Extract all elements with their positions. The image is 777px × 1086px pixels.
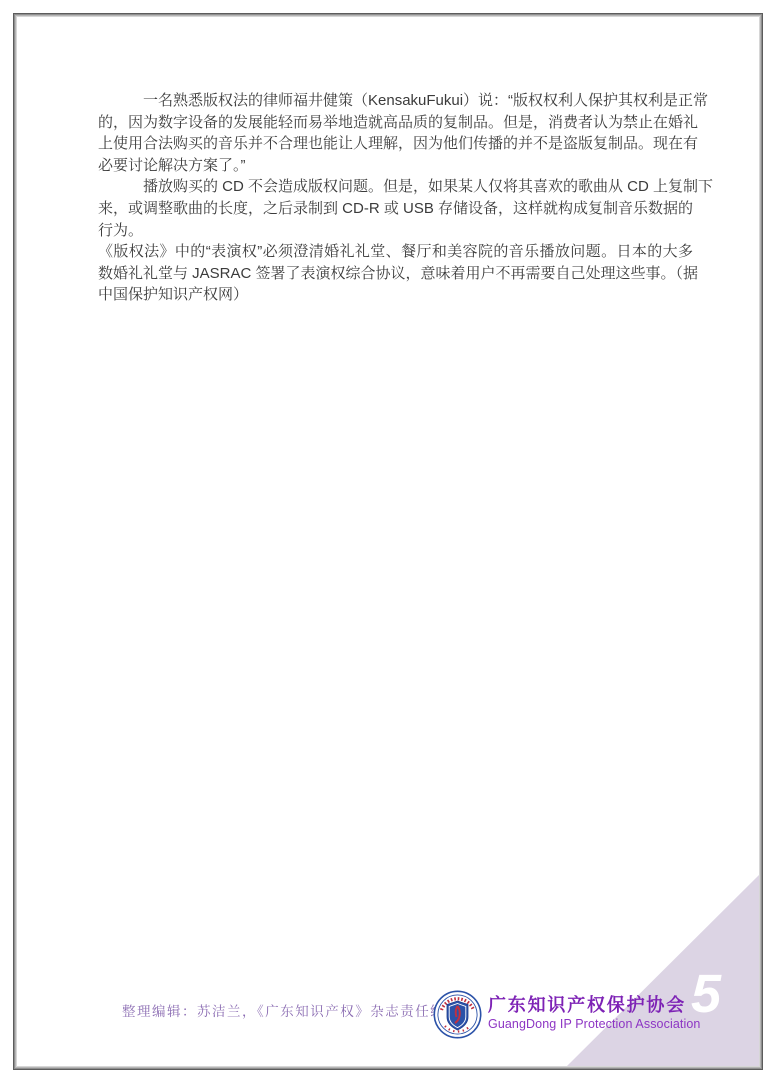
- article-line: 的，因为数字设备的发展能轻而易举地造就高品质的复制品。但是，消费者认为禁止在婚礼: [98, 112, 693, 134]
- association-name-zh: 广东知识产权保护协会: [488, 993, 700, 1017]
- article-line: 《版权法》中的“表演权”必须澄清婚礼礼堂、餐厅和美容院的音乐播放问题。日本的大多: [98, 241, 693, 263]
- article-body: 一名熟悉版权法的律师福井健策（KensakuFukui）说：“版权权利人保护其权…: [98, 90, 693, 306]
- article-paragraph: 播放购买的 CD 不会造成版权问题。但是，如果某人仅将其喜欢的歌曲从 CD 上复…: [98, 176, 693, 241]
- article-line: 数婚礼礼堂与 JASRAC 签署了表演权综合协议，意味着用户不再需要自己处理这些…: [98, 263, 693, 285]
- article-line: 中国保护知识产权网）: [98, 284, 693, 306]
- editor-note: 整理编辑：苏洁兰，《广东知识产权》杂志责任编辑。: [122, 1000, 475, 1020]
- article-line: 必要讨论解决方案了。”: [98, 155, 693, 177]
- association-brand: 广东知识产权保护协会 GuangDong IP Protection Assoc…: [433, 990, 700, 1039]
- article-line: 一名熟悉版权法的律师福井健策（KensakuFukui）说：“版权权利人保护其权…: [98, 90, 693, 112]
- association-names: 广东知识产权保护协会 GuangDong IP Protection Assoc…: [488, 990, 700, 1032]
- article-line: 来，或调整歌曲的长度，之后录制到 CD-R 或 USB 存储设备，这样就构成复制…: [98, 198, 693, 220]
- page-number: 5: [684, 967, 728, 1021]
- article-line: 行为。: [98, 220, 693, 242]
- article-paragraph: 一名熟悉版权法的律师福井健策（KensakuFukui）说：“版权权利人保护其权…: [98, 90, 693, 176]
- article-line: 播放购买的 CD 不会造成版权问题。但是，如果某人仅将其喜欢的歌曲从 CD 上复…: [98, 176, 693, 198]
- document-page: { "article": { "paragraphs": [ { "lines"…: [0, 0, 777, 1086]
- article-line: 上使用合法购买的音乐并不合理也能让人理解，因为他们传播的并不是盗版复制品。现在有: [98, 133, 693, 155]
- association-name-en: GuangDong IP Protection Association: [488, 1017, 700, 1032]
- article-paragraph: 《版权法》中的“表演权”必须澄清婚礼礼堂、餐厅和美容院的音乐播放问题。日本的大多…: [98, 241, 693, 306]
- association-logo-icon: [433, 990, 482, 1039]
